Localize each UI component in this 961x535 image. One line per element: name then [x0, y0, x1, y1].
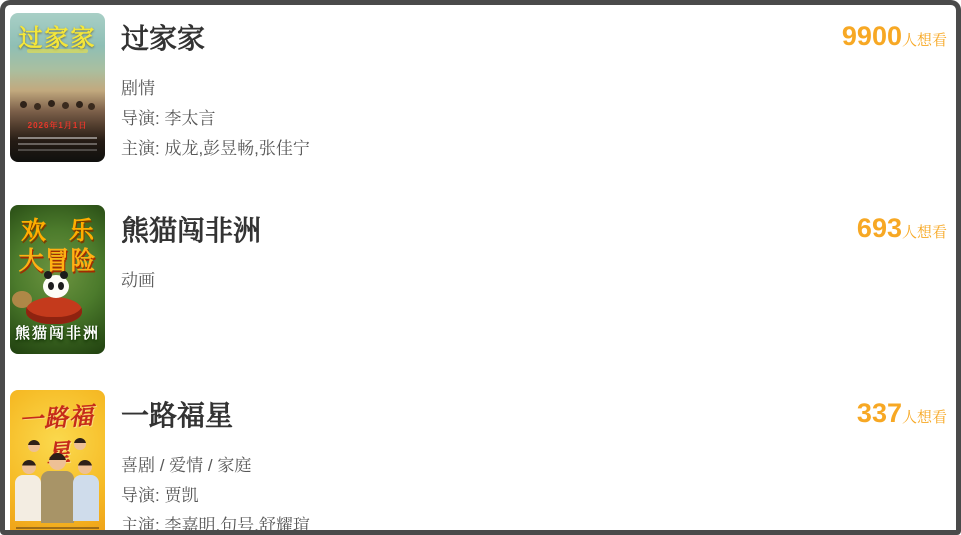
poster-release-date: 2026年1月1日 [10, 120, 105, 131]
want-count-number: 337 [857, 398, 902, 428]
movie-poster[interactable]: 过家家 2026年1月1日 [10, 13, 105, 162]
poster-credits-lines [18, 137, 98, 139]
poster-title-text: 过家家 [10, 18, 105, 53]
movie-genres: 喜剧 / 爱情 / 家庭 [121, 451, 857, 481]
movie-list-item[interactable]: 欢 乐 大冒险 熊猫闯非洲 熊猫闯非洲 动画 693人想看 [10, 205, 947, 354]
poster-subtitle-strip [27, 49, 88, 53]
movie-director: 导演: 李太言 [121, 104, 842, 134]
movie-genres: 动画 [121, 266, 857, 296]
poster-person-body [73, 475, 99, 521]
want-count-number: 693 [857, 213, 902, 243]
want-count-suffix: 人想看 [902, 224, 947, 241]
want-count-suffix: 人想看 [902, 32, 947, 49]
want-to-see-count: 693人想看 [857, 205, 947, 354]
poster-credits-lines [16, 527, 100, 529]
poster-people-silhouettes [20, 101, 27, 108]
want-count-suffix: 人想看 [902, 409, 947, 426]
poster-person-body [15, 475, 41, 521]
poster-person-body [41, 471, 74, 523]
poster-person-head [78, 460, 92, 474]
movie-info: 一路福星 喜剧 / 爱情 / 家庭 导演: 贾凯 主演: 李嘉明,句号,舒耀瑄 [121, 390, 857, 535]
movie-poster[interactable]: 一路福星 [10, 390, 105, 535]
poster-panda-shape [43, 275, 69, 298]
movie-cast: 主演: 李嘉明,句号,舒耀瑄 [121, 511, 857, 535]
movie-cast: 主演: 成龙,彭昱畅,张佳宁 [121, 134, 842, 164]
movie-list-item[interactable]: 过家家 2026年1月1日 过家家 剧情 导演: 李太言 主演: 成龙,彭昱畅,… [10, 13, 947, 164]
want-count-number: 9900 [842, 21, 902, 51]
movie-title: 过家家 [121, 23, 842, 55]
movie-list-item[interactable]: 一路福星 一路福星 喜剧 / 爱情 / 家庭 导演: 贾凯 主演: 李嘉明,句号… [10, 390, 947, 535]
movie-list-frame: 过家家 2026年1月1日 过家家 剧情 导演: 李太言 主演: 成龙,彭昱畅,… [0, 0, 961, 535]
movie-title: 熊猫闯非洲 [121, 215, 857, 247]
poster-bottom-title: 熊猫闯非洲 [10, 322, 105, 343]
movie-info: 过家家 剧情 导演: 李太言 主演: 成龙,彭昱畅,张佳宁 [121, 13, 842, 164]
movie-poster[interactable]: 欢 乐 大冒险 熊猫闯非洲 [10, 205, 105, 354]
want-to-see-count: 9900人想看 [842, 13, 947, 164]
movie-info: 熊猫闯非洲 动画 [121, 205, 857, 354]
poster-title-line2: 大冒险 [10, 241, 105, 277]
movie-title: 一路福星 [121, 400, 857, 432]
want-to-see-count: 337人想看 [857, 390, 947, 535]
poster-person-head [22, 460, 36, 474]
poster-red-creature-shape [26, 297, 82, 324]
movie-genres: 剧情 [121, 74, 842, 104]
movie-director: 导演: 贾凯 [121, 481, 857, 511]
